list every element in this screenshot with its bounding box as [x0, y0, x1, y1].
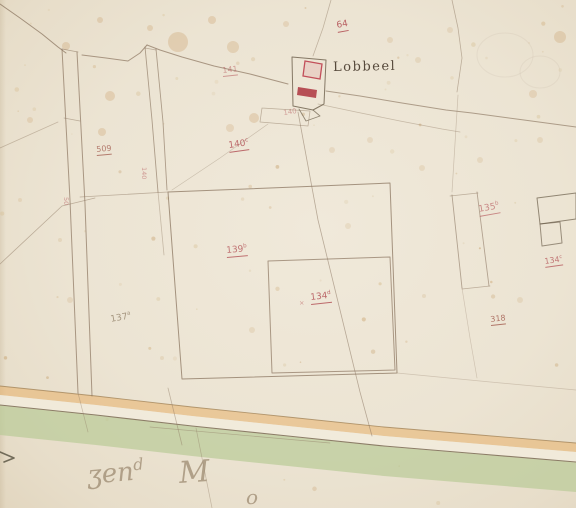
label-superscript: c: [245, 137, 249, 143]
parcel-label-140c: 140c: [228, 139, 250, 153]
parcel-label-mark-x: ⨯: [299, 300, 304, 307]
label-text: 64: [336, 19, 349, 31]
parcel-label-140-house: 140: [283, 108, 297, 117]
label-text: 135: [478, 202, 497, 215]
script-annotation-script-o: o: [246, 487, 258, 507]
place-label-lobbeel: Lobbeel: [333, 60, 396, 74]
parcel-label-509: 509: [96, 145, 112, 156]
label-text: 140: [283, 107, 297, 117]
parcel-label-139b: 139b: [226, 245, 248, 258]
parcel-label-134d: 134d: [310, 292, 332, 305]
parcel-label-141: 141: [222, 65, 238, 77]
label-text: 141: [222, 64, 238, 75]
label-text: 318: [490, 313, 506, 324]
label-text: 134: [544, 255, 560, 266]
label-text: o: [246, 485, 258, 508]
label-text: 140: [140, 167, 148, 179]
label-superscript: b: [243, 243, 247, 249]
label-text: ⨯: [299, 299, 304, 307]
parcel-label-135b: 135b: [478, 202, 500, 216]
label-superscript: b: [495, 200, 500, 207]
label-text: Lobbeel: [333, 59, 396, 75]
label-text: M: [178, 454, 211, 491]
label-superscript: a: [127, 310, 131, 317]
parcel-label-134c: 134c: [544, 255, 563, 267]
parcel-label-64: 64: [336, 20, 349, 33]
parcel-label-50-lane: 50: [63, 197, 70, 205]
parcel-label-137a: 137a: [110, 312, 132, 324]
script-annotation-script-m: M: [178, 457, 211, 489]
parcel-label-140-lane: 140: [141, 167, 148, 179]
cadastral-map: 64141140140c50914050139b⨯134d137a135b134…: [0, 0, 576, 508]
label-superscript: c: [559, 254, 563, 260]
parcel-label-318: 318: [490, 314, 506, 326]
label-superscript: d: [327, 290, 331, 296]
map-labels: 64141140140c50914050139b⨯134d137a135b134…: [0, 0, 576, 508]
label-text: 137: [110, 312, 129, 325]
script-annotation-script-gend: ʒend: [86, 458, 145, 489]
label-text: 140: [228, 139, 246, 151]
label-superscript: d: [132, 454, 144, 474]
label-text: ʒen: [86, 457, 135, 491]
label-text: 50: [62, 197, 70, 205]
label-text: 134: [310, 291, 328, 303]
label-text: 509: [96, 144, 112, 154]
label-text: 139: [226, 245, 244, 256]
